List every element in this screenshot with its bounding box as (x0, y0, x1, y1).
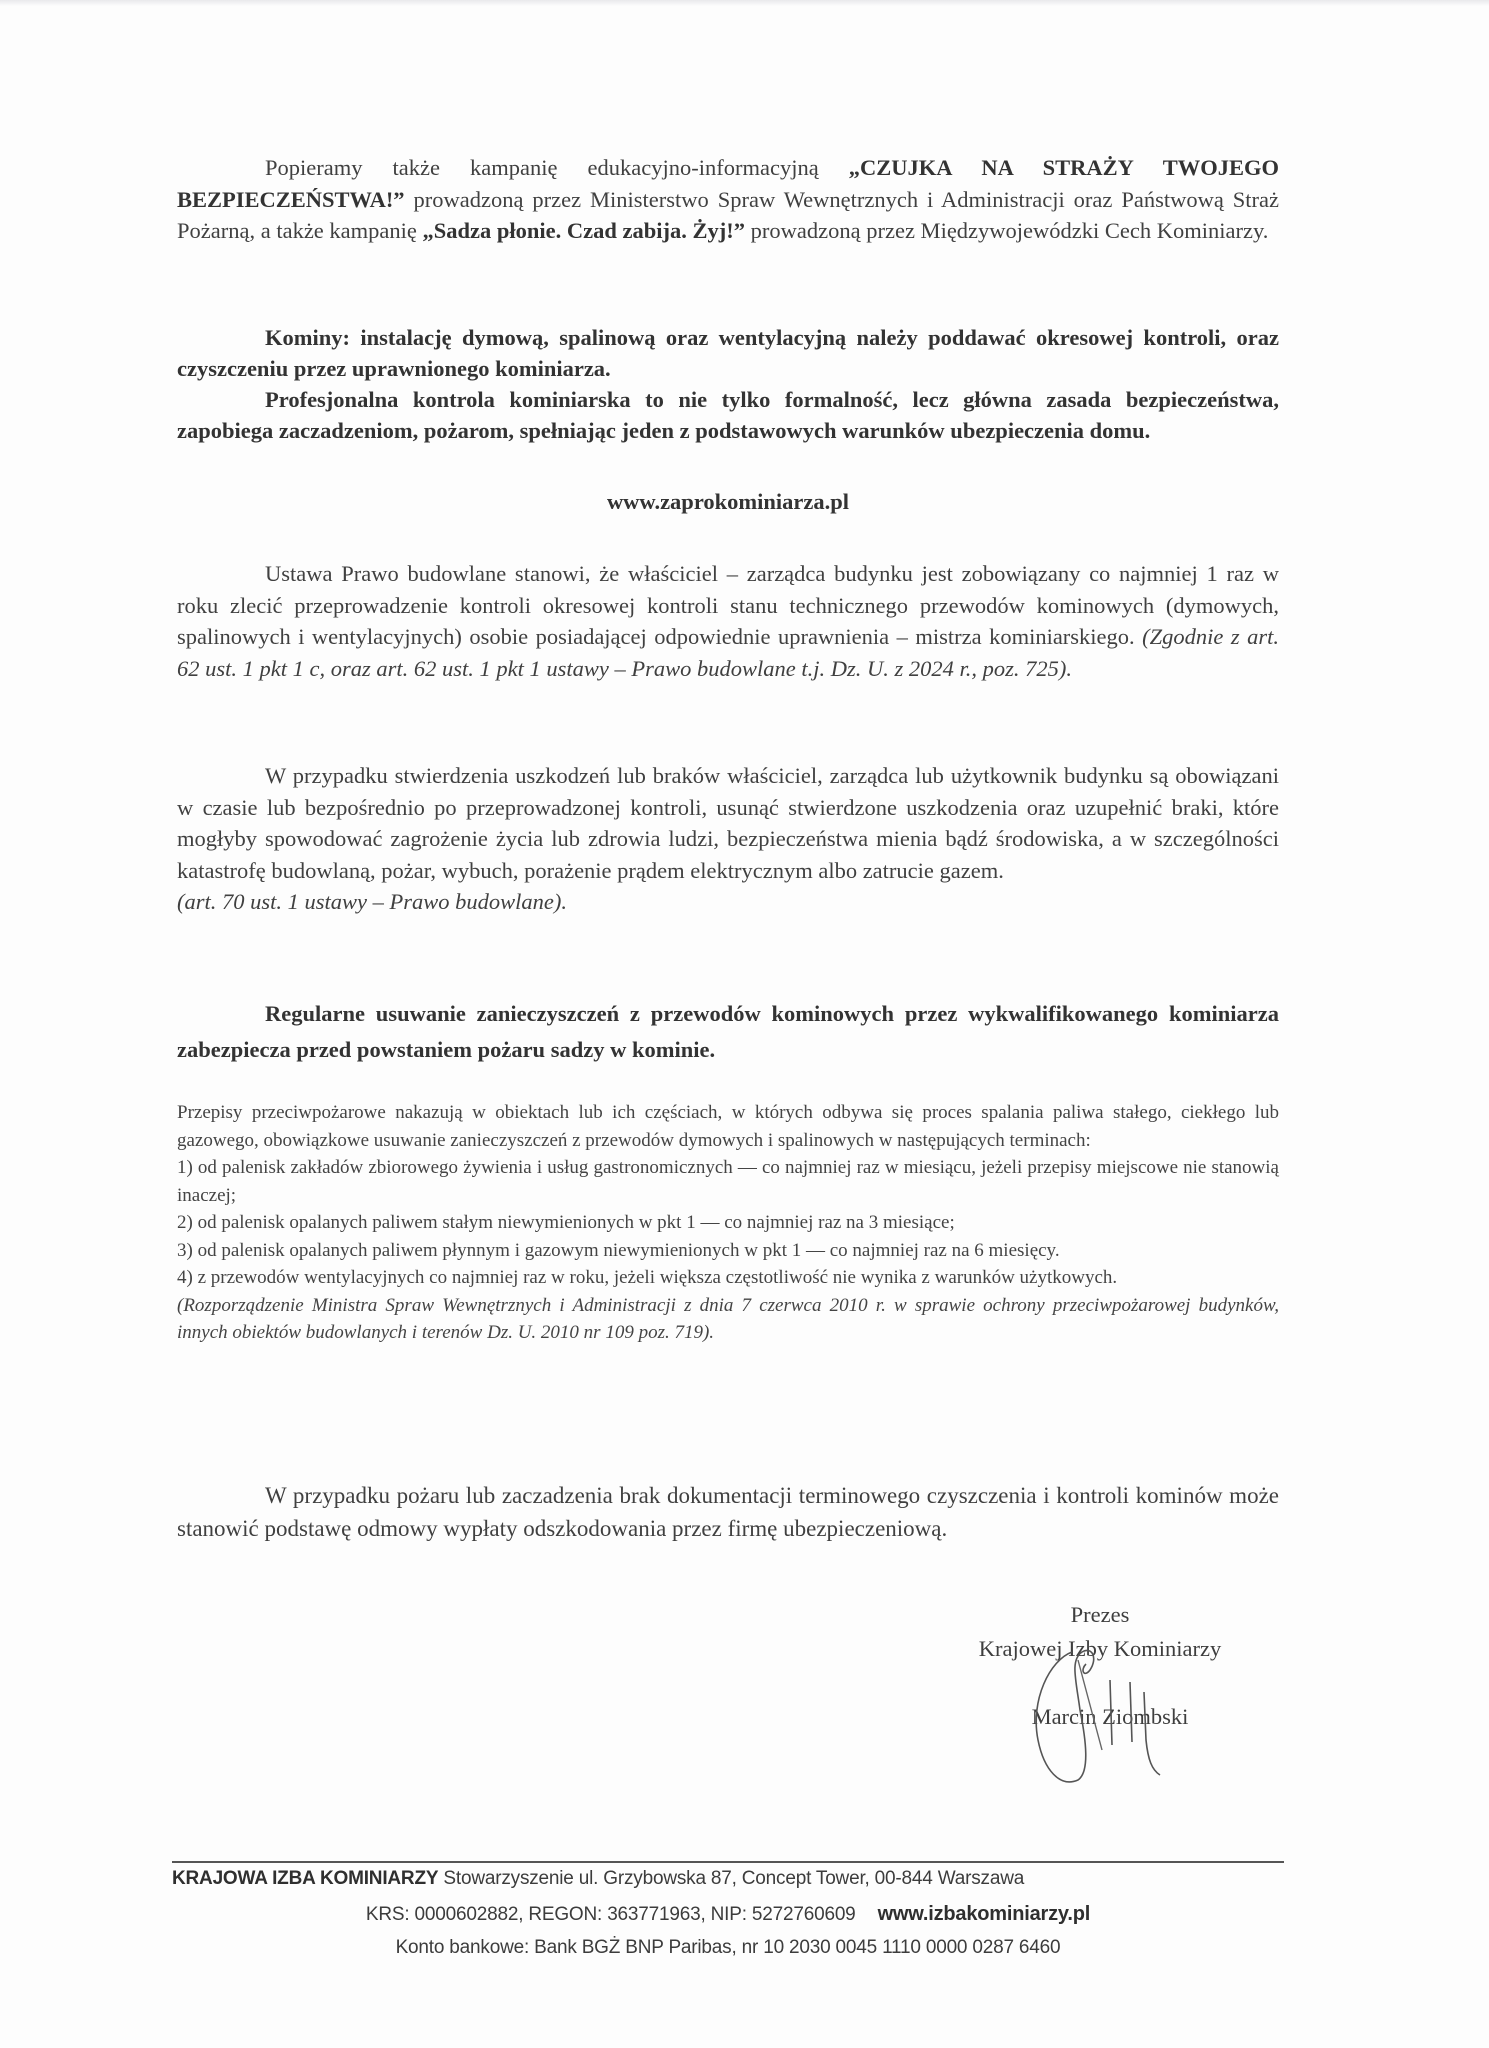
website-link-zaprokominiarza[interactable]: www.zaprokominiarza.pl (177, 486, 1279, 518)
kominy-text-2: Profesjonalna kontrola kominiarska to ni… (177, 387, 1279, 443)
przepisy-intro: Przepisy przeciwpożarowe nakazują w obie… (177, 1099, 1279, 1154)
uszkodzenia-text-block: W przypadku stwierdzenia uszkodzeń lub b… (177, 760, 1279, 886)
footer-bank-line: Konto bankowe: Bank BGŻ BNP Paribas, nr … (172, 1937, 1284, 1959)
signature-title: Prezes (940, 1598, 1260, 1632)
campaign-text-3: prowadzoną przez Międzywojewódzki Cech K… (745, 218, 1268, 243)
pozar-text: W przypadku pożaru lub zaczadzenia brak … (177, 1483, 1279, 1541)
scan-edge (0, 0, 1489, 6)
ustawa-text: Ustawa Prawo budowlane stanowi, że właśc… (177, 561, 1279, 649)
regularne-paragraph: Regularne usuwanie zanieczyszczeń z prze… (177, 996, 1279, 1068)
uszkodzenia-text: W przypadku stwierdzenia uszkodzeń lub b… (177, 763, 1279, 883)
pozar-paragraph: W przypadku pożaru lub zaczadzenia brak … (177, 1479, 1279, 1545)
uszkodzenia-citation: (art. 70 ust. 1 ustawy – Prawo budowlane… (177, 886, 1279, 918)
footer-org-name: KRAJOWA IZBA KOMINIARZY (172, 1868, 438, 1889)
document-page: Popieramy także kampanię edukacyjno-info… (0, 0, 1489, 2048)
przepisy-intro-text: Przepisy przeciwpożarowe nakazują w obie… (177, 1102, 1279, 1151)
footer-bank-account: Konto bankowe: Bank BGŻ BNP Paribas, nr … (396, 1937, 1061, 1958)
ustawa-paragraph: Ustawa Prawo budowlane stanowi, że właśc… (177, 558, 1279, 684)
campaign-paragraph: Popieramy także kampanię edukacyjno-info… (177, 152, 1279, 247)
kominy-paragraph: Kominy: instalację dymową, spalinową ora… (177, 322, 1279, 446)
przepisy-list-item-2: 2) od palenisk opalanych paliwem stałym … (177, 1209, 1279, 1237)
przepisy-paragraph: Przepisy przeciwpożarowe nakazują w obie… (177, 1099, 1279, 1347)
handwritten-signature-icon (1020, 1640, 1180, 1790)
przepisy-citation: (Rozporządzenie Ministra Spraw Wewnętrzn… (177, 1292, 1279, 1347)
kominy-line-2: Profesjonalna kontrola kominiarska to ni… (177, 384, 1279, 446)
regularne-text: Regularne usuwanie zanieczyszczeń z prze… (177, 1001, 1279, 1062)
kominy-text-1: Kominy: instalację dymową, spalinową ora… (177, 325, 1279, 381)
przepisy-list-item-1: 1) od palenisk zakładów zbiorowego żywie… (177, 1154, 1279, 1209)
footer-address: Stowarzyszenie ul. Grzybowska 87, Concep… (438, 1868, 1024, 1889)
przepisy-list-item-4: 4) z przewodów wentylacyjnych co najmnie… (177, 1264, 1279, 1292)
campaign-name-sadza: „Sadza płonie. Czad zabija. Żyj!” (423, 218, 746, 243)
przepisy-list-item-3: 3) od palenisk opalanych paliwem płynnym… (177, 1237, 1279, 1265)
kominy-line-1: Kominy: instalację dymową, spalinową ora… (177, 322, 1279, 384)
campaign-text-1: Popieramy także kampanię edukacyjno-info… (265, 155, 849, 180)
footer-divider (172, 1861, 1284, 1863)
uszkodzenia-paragraph: W przypadku stwierdzenia uszkodzeń lub b… (177, 760, 1279, 918)
footer-registry-line: KRS: 0000602882, REGON: 363771963, NIP: … (172, 1903, 1284, 1926)
footer-registry: KRS: 0000602882, REGON: 363771963, NIP: … (366, 1904, 856, 1925)
footer-address-line: KRAJOWA IZBA KOMINIARZY Stowarzyszenie u… (172, 1868, 1284, 1890)
footer-website-link[interactable]: www.izbakominiarzy.pl (878, 1903, 1091, 1925)
